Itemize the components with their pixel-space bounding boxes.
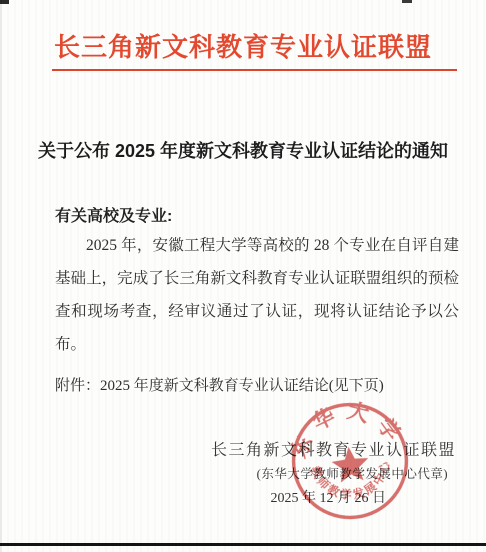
scan-artifact-bottom-line — [0, 543, 486, 546]
letterhead-org-name: 长三角新文科教育专业认证联盟 — [0, 27, 486, 64]
salutation-line: 有关高校及专业: — [55, 203, 172, 226]
document-title: 关于公布 2025 年度新文科教育专业认证结论的通知 — [0, 137, 486, 163]
scan-artifact-top-mark — [402, 0, 412, 3]
letterhead-divider-rule — [52, 69, 457, 71]
seal-star-icon — [330, 445, 370, 483]
scanned-notice-document: 长三角新文科教育专业认证联盟 关于公布 2025 年度新文科教育专业认证结论的通… — [0, 0, 486, 552]
body-paragraph: 2025 年，安徽工程大学等高校的 28 个专业在自评自建基础上，完成了长三角新… — [55, 229, 459, 361]
official-seal-stamp: 东华大学 教师教学发展中心 — [283, 394, 417, 528]
attachment-line: 附件：2025 年度新文科教育专业认证结论(见下页) — [55, 374, 384, 395]
scan-artifact-left-edge — [0, 0, 2, 552]
